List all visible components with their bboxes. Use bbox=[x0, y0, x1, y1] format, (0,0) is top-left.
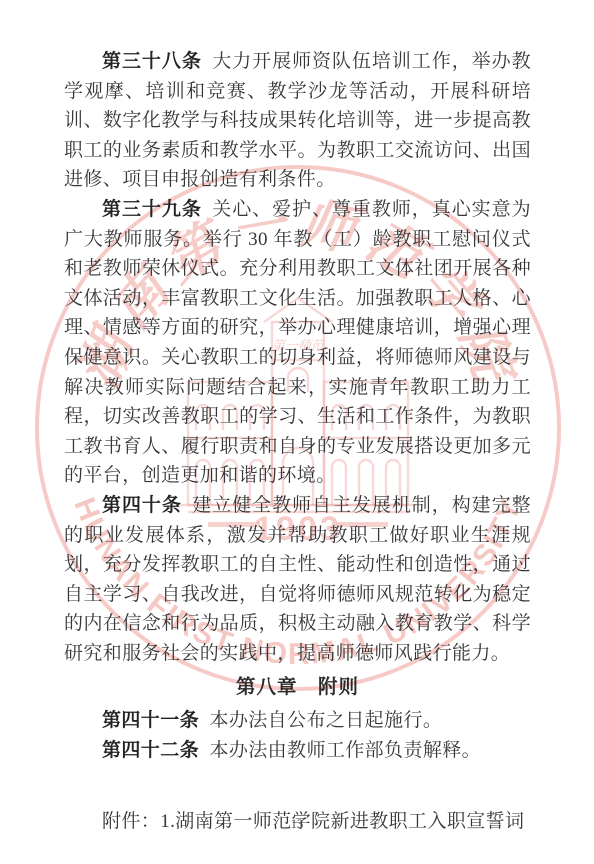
chapter-heading: 第八章 附则 bbox=[64, 672, 531, 702]
article-40-number: 第四十条 bbox=[102, 495, 182, 516]
document-content: 第三十八条大力开展师资队伍培训工作，举办教学观摩、培训和竞赛、教学沙龙等活动，开… bbox=[0, 0, 594, 836]
article-39-text: 关心、爱护、尊重教师，真心实意为广大教师服务。举行 30 年教（工）龄教职工慰问… bbox=[64, 199, 531, 486]
paragraph-article-39: 第三十九条关心、爱护、尊重教师，真心实意为广大教师服务。举行 30 年教（工）龄… bbox=[64, 195, 531, 491]
article-40-text: 建立健全教师自主发展机制，构建完整的职业发展体系，激发并帮助教职工做好职业生涯规… bbox=[64, 495, 531, 664]
paragraph-article-42: 第四十二条本办法由教师工作部负责解释。 bbox=[64, 736, 531, 766]
paragraph-article-41: 第四十一条本办法自公布之日起施行。 bbox=[64, 706, 531, 736]
paragraph-article-38: 第三十八条大力开展师资队伍培训工作，举办教学观摩、培训和竞赛、教学沙龙等活动，开… bbox=[64, 47, 531, 195]
article-41-text: 本办法自公布之日起施行。 bbox=[209, 710, 442, 731]
article-41-number: 第四十一条 bbox=[102, 710, 199, 731]
document-page: 湖南第一师范学院 HUNAN FIRST NORMAL UNIVERSITY bbox=[0, 0, 594, 864]
paragraph-article-40: 第四十条建立健全教师自主发展机制，构建完整的职业发展体系，激发并帮助教职工做好职… bbox=[64, 491, 531, 669]
article-38-number: 第三十八条 bbox=[102, 51, 202, 72]
article-42-number: 第四十二条 bbox=[102, 740, 199, 761]
article-39-number: 第三十九条 bbox=[102, 199, 202, 220]
page-number: 13 bbox=[0, 817, 594, 832]
article-42-text: 本办法由教师工作部负责解释。 bbox=[209, 740, 481, 761]
